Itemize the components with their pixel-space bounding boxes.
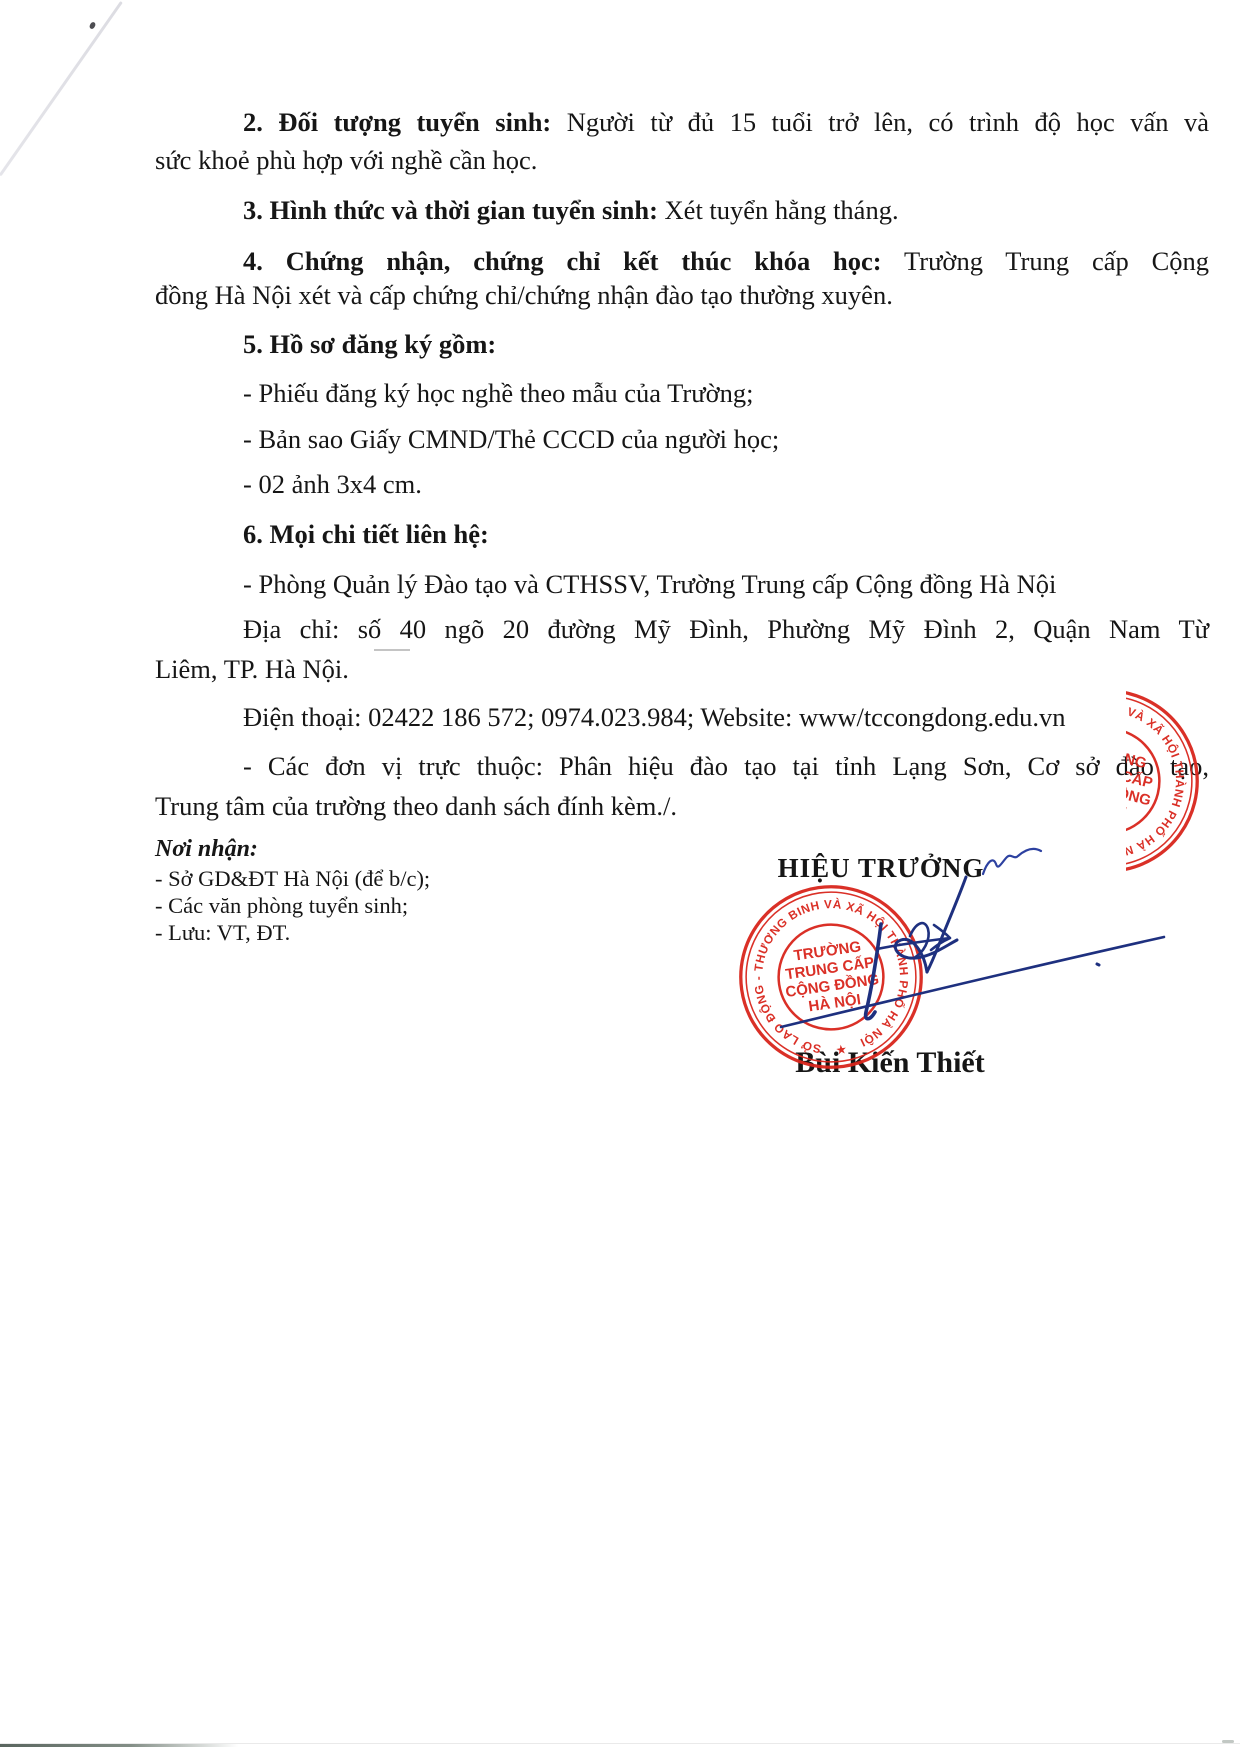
- scan-bottom-shadow: [0, 1744, 238, 1747]
- signature-initials-squiggle: [983, 849, 1041, 874]
- scan-corner-crease: [0, 1, 123, 176]
- paragraph-4-line-1: 4. Chứng nhận, chứng chỉ kết thúc khóa h…: [155, 243, 1209, 279]
- paragraph-5-heading: 5. Hồ sơ đăng ký gồm:: [243, 329, 496, 359]
- paragraph-2-line-1: 2. Đối tượng tuyển sinh: Người từ đủ 15 …: [155, 104, 1209, 140]
- paragraph-6-heading-line: 6. Mọi chi tiết liên hệ:: [155, 516, 1209, 552]
- branches-line-2: Trung tâm của trường theo danh sách đính…: [155, 788, 1121, 824]
- handwritten-signature: [700, 840, 1180, 1040]
- recipient-item: - Sở GD&ĐT Hà Nội (để b/c);: [155, 866, 430, 892]
- branches-line-1: - Các đơn vị trực thuộc: Phân hiệu đào t…: [155, 748, 1209, 784]
- signature-long-stroke: [781, 937, 1164, 1027]
- paragraph-3-line: 3. Hình thức và thời gian tuyển sinh: Xé…: [155, 192, 1209, 228]
- paragraph-4-text: Trường Trung cấp Cộng: [882, 246, 1209, 276]
- paragraph-3-heading: 3. Hình thức và thời gian tuyển sinh:: [243, 195, 658, 225]
- recipient-item: - Lưu: VT, ĐT.: [155, 920, 290, 946]
- contact-phone-line: Điện thoại: 02422 186 572; 0974.023.984;…: [155, 699, 1209, 735]
- paragraph-4-line-2: đồng Hà Nội xét và cấp chứng chỉ/chứng n…: [155, 277, 1121, 313]
- list-item-form: - Phiếu đăng ký học nghề theo mẫu của Tr…: [155, 375, 1209, 411]
- paragraph-2-heading: 2. Đối tượng tuyển sinh:: [243, 107, 551, 137]
- contact-address-line-1: Địa chỉ: số 40 ngõ 20 đường Mỹ Đình, Phư…: [155, 611, 1209, 647]
- contact-office-line: - Phòng Quản lý Đào tạo và CTHSSV, Trườn…: [155, 566, 1209, 602]
- paragraph-2-text-cont: sức khoẻ phù hợp với nghề cần học.: [155, 145, 537, 175]
- paragraph-6-heading: 6. Mọi chi tiết liên hệ:: [243, 519, 489, 549]
- contact-address-text-cont: Liêm, TP. Hà Nội.: [155, 654, 349, 684]
- scan-bottom-speck: [1222, 1740, 1234, 1743]
- paragraph-4-heading: 4. Chứng nhận, chứng chỉ kết thúc khóa h…: [243, 246, 882, 276]
- branches-text: - Các đơn vị trực thuộc: Phân hiệu đào t…: [243, 751, 1209, 781]
- list-item-photos-text: - 02 ảnh 3x4 cm.: [243, 469, 422, 499]
- contact-office-text: - Phòng Quản lý Đào tạo và CTHSSV, Trườn…: [243, 569, 1056, 599]
- list-item-form-text: - Phiếu đăng ký học nghề theo mẫu của Tr…: [243, 378, 753, 408]
- scanned-document-page: 2. Đối tượng tuyển sinh: Người từ đủ 15 …: [0, 0, 1240, 1755]
- list-item-id-copy-text: - Bản sao Giấy CMND/Thẻ CCCD của người h…: [243, 424, 779, 454]
- paragraph-5-heading-line: 5. Hồ sơ đăng ký gồm:: [155, 326, 1209, 362]
- contact-address-text: Địa chỉ: số 40 ngõ 20 đường Mỹ Đình, Phư…: [243, 614, 1209, 644]
- paragraph-2-text: Người từ đủ 15 tuổi trở lên, có trình độ…: [551, 107, 1209, 137]
- paragraph-4-text-cont: đồng Hà Nội xét và cấp chứng chỉ/chứng n…: [155, 280, 893, 310]
- signature-ink-dot: [1097, 964, 1099, 965]
- recipient-item: - Các văn phòng tuyển sinh;: [155, 893, 408, 919]
- list-item-photos: - 02 ảnh 3x4 cm.: [155, 466, 1209, 502]
- branches-text-cont: Trung tâm của trường theo danh sách đính…: [155, 791, 677, 821]
- paragraph-2-line-2: sức khoẻ phù hợp với nghề cần học.: [155, 142, 1121, 178]
- contact-phone-text: Điện thoại: 02422 186 572; 0974.023.984;…: [243, 702, 1065, 732]
- paragraph-3-text: Xét tuyển hằng tháng.: [658, 195, 899, 225]
- scan-speck: [89, 21, 97, 30]
- contact-address-line-2: Liêm, TP. Hà Nội.: [155, 651, 1121, 687]
- recipients-title: Nơi nhận:: [155, 836, 258, 863]
- stamp-star-icon: ★: [835, 1042, 848, 1057]
- list-item-id-copy: - Bản sao Giấy CMND/Thẻ CCCD của người h…: [155, 421, 1209, 457]
